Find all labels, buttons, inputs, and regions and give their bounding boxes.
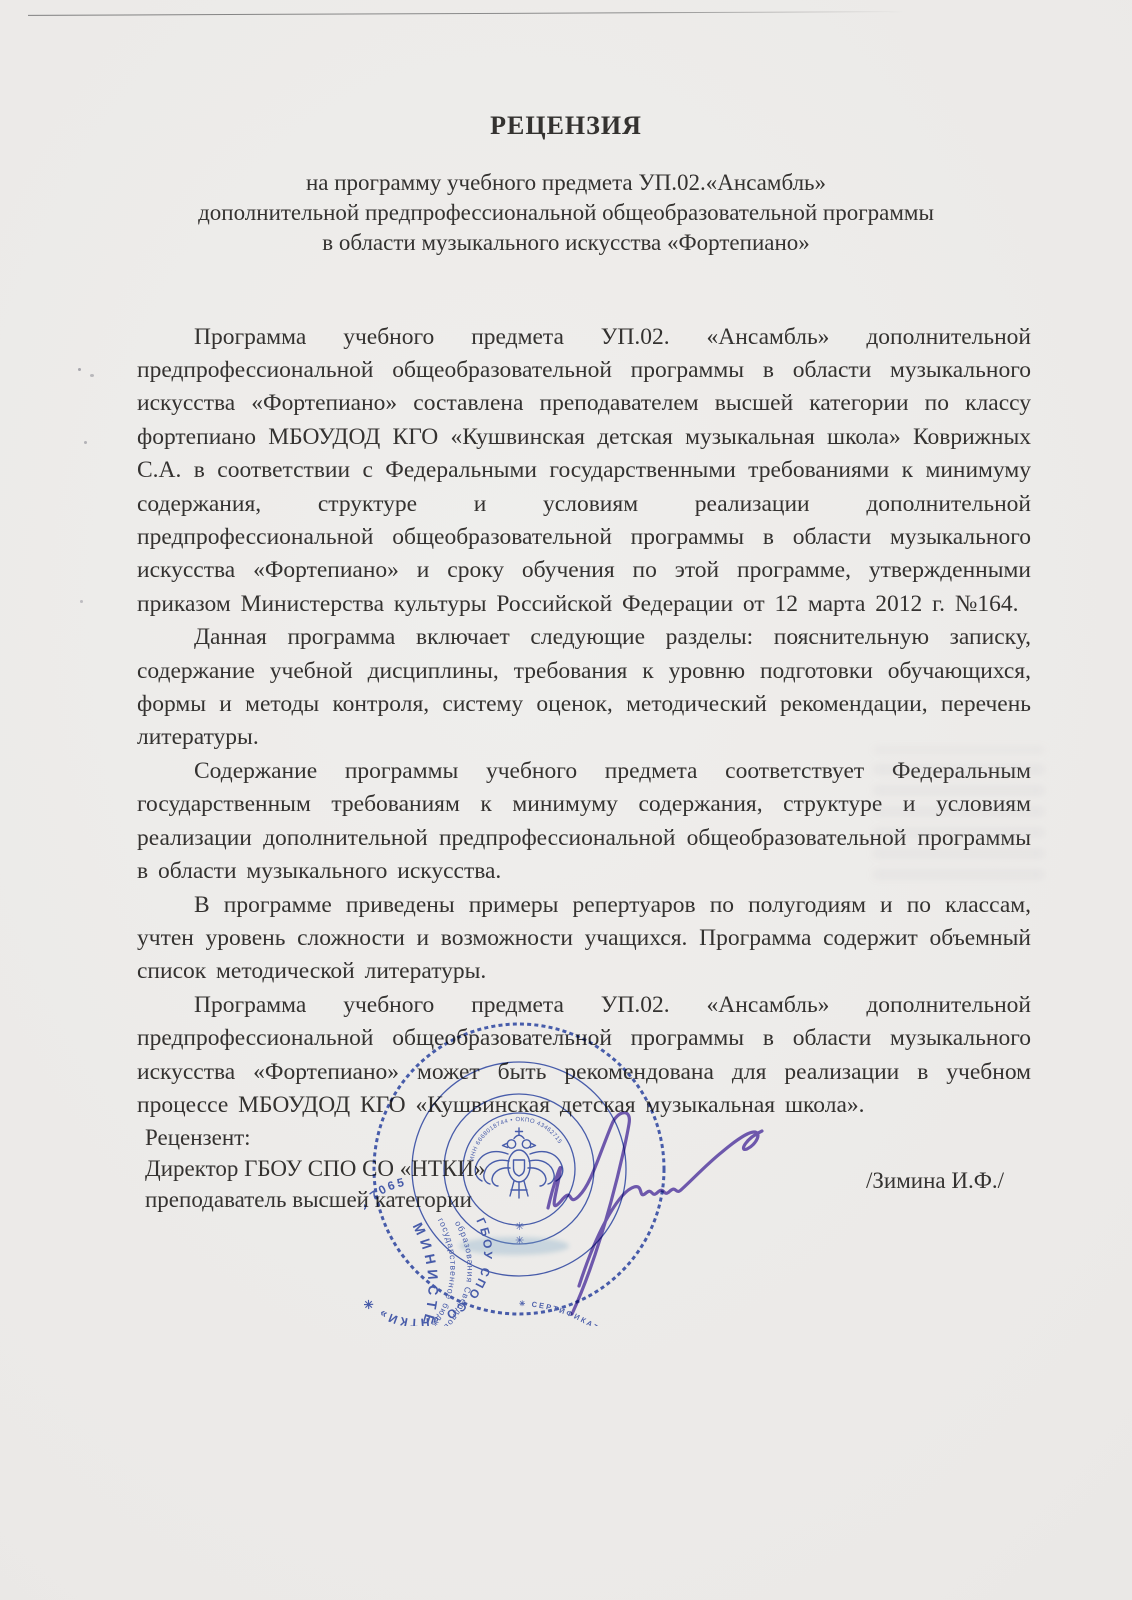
scan-speck (90, 374, 94, 377)
official-round-stamp: ✳ СЕРТИФИКАТ ✳ №00072-ПОЛИГРАФСЕРТ RU.00… (364, 1014, 676, 1326)
body-paragraph-4: В программе приведены примеры репертуаро… (137, 889, 1031, 989)
stamp-asterisk: ✳ (515, 1221, 524, 1233)
scan-speck (84, 441, 87, 444)
body-paragraph-2: Данная программа включает следующие разд… (137, 621, 1031, 755)
subtitle-line-2: дополнительной предпрофессиональной обще… (0, 198, 1132, 228)
body-paragraph-1: Программа учебного предмета УП.02. «Анса… (137, 321, 1031, 622)
scanned-document-page: РЕЦЕНЗИЯ на программу учебного предмета … (0, 0, 1132, 1600)
stamp-outer-beaded-circle (374, 1024, 664, 1314)
double-headed-eagle-emblem (475, 1128, 563, 1198)
subtitle-line-1: на программу учебного предмета УП.02.«Ан… (0, 168, 1132, 198)
scan-speck (80, 600, 83, 603)
stamp-asterisk: ✳ (515, 1235, 524, 1247)
document-title: РЕЦЕНЗИЯ (0, 0, 1132, 141)
stamp-watermark-smear (459, 1237, 569, 1255)
document-subtitle: на программу учебного предмета УП.02.«Ан… (0, 168, 1132, 258)
document-body: Программа учебного предмета УП.02. «Анса… (137, 321, 1031, 1123)
ink-bleed-through (874, 748, 1044, 878)
scan-speck (78, 368, 81, 371)
subtitle-line-3: в области музыкального искусства «Фортеп… (0, 228, 1132, 258)
reviewer-name: /Зимина И.Ф./ (866, 1168, 1004, 1194)
